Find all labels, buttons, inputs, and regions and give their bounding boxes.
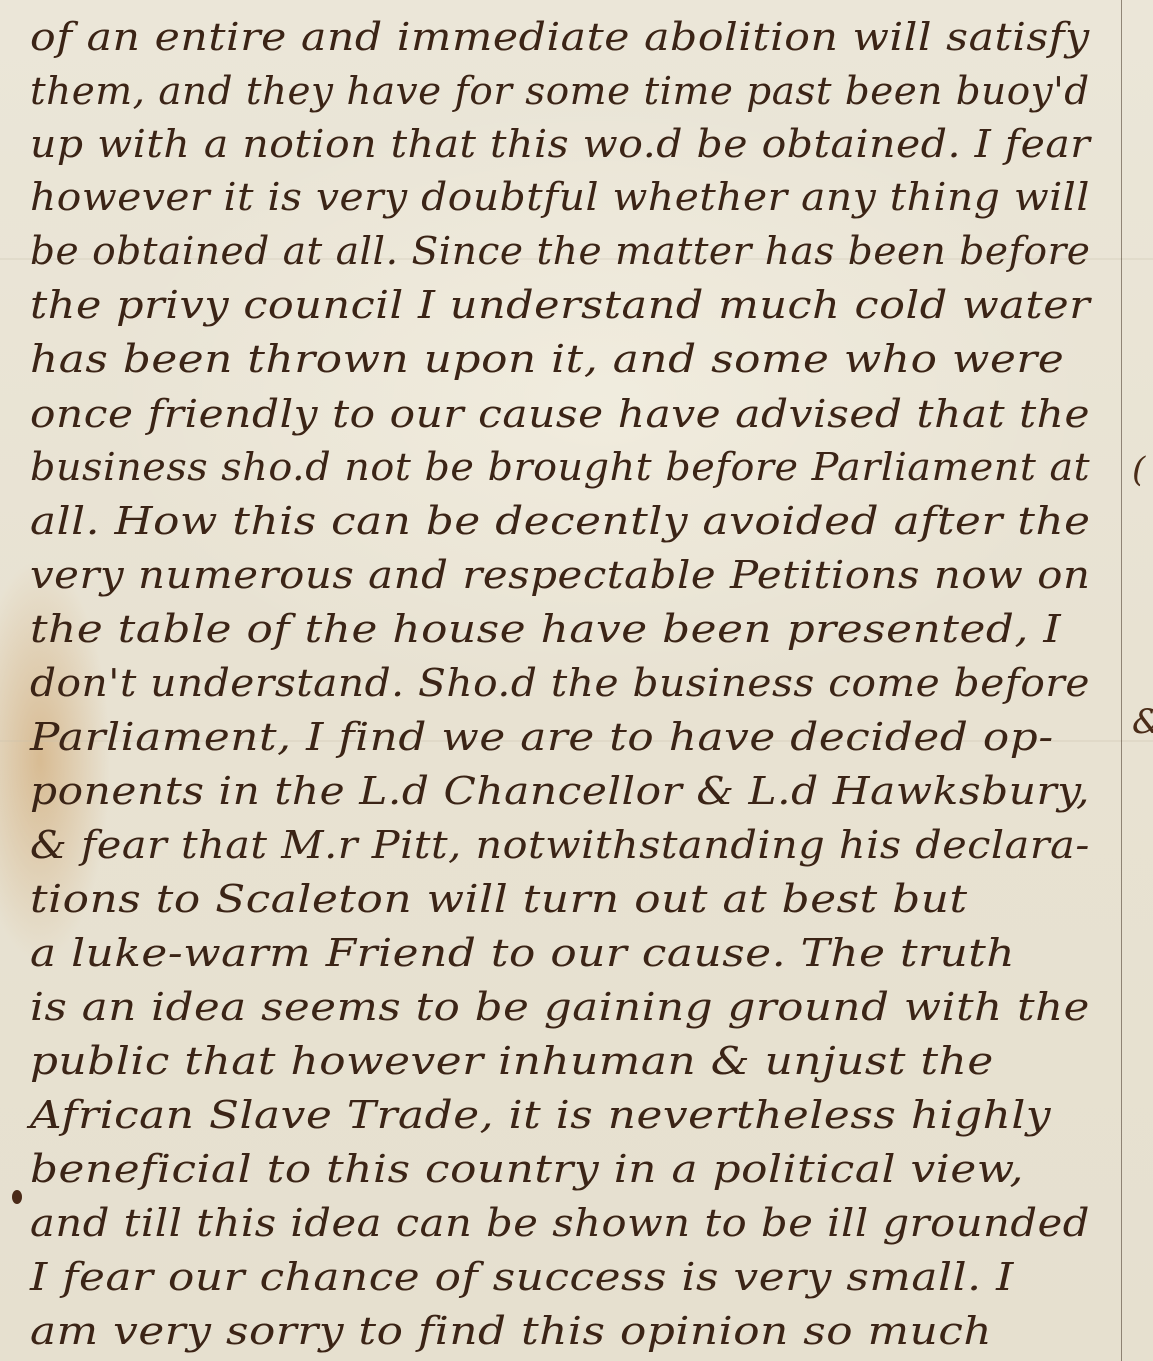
text-line: them, and they have for some time past b… [30,72,1090,110]
text-line: of an entire and immediate abolition wil… [30,18,1090,56]
text-line: however it is very doubtful whether any … [30,178,1090,216]
text-line: be obtained at all. Since the matter has… [30,232,1090,270]
text-line: is an idea seems to be gaining ground wi… [30,988,1090,1026]
text-line: and till this idea can be shown to be il… [30,1204,1090,1242]
letter-page: of an entire and immediate abolition wil… [0,0,1153,1361]
text-line: & fear that M.r Pitt, notwithstanding hi… [30,826,1090,864]
page-fold-line [1121,0,1122,1361]
text-line: I fear our chance of success is very sma… [30,1258,1014,1296]
text-line: all. How this can be decently avoided af… [30,502,1091,540]
text-line: public that however inhuman & unjust the [30,1042,994,1080]
text-line: up with a notion that this wo.d be obtai… [30,125,1090,163]
text-line: ponents in the L.d Chancellor & L.d Hawk… [30,772,1090,810]
text-line: am very sorry to find this opinion so mu… [30,1312,992,1350]
text-line: Parliament, I find we are to have decide… [30,718,1054,756]
text-line: tions to Scaleton will turn out at best … [30,880,968,918]
text-line: beneficial to this country in a politica… [30,1150,1024,1188]
text-line: don't understand. Sho.d the business com… [30,664,1090,702]
margin-mark: & [1132,702,1153,742]
text-line: a luke-warm Friend to our cause. The tru… [30,934,1015,972]
text-line: once friendly to our cause have advised … [30,395,1090,433]
text-line: has been thrown upon it, and some who we… [30,340,1064,378]
ink-blot [12,1190,22,1204]
text-line: business sho.d not be brought before Par… [30,448,1090,486]
text-line: the privy council I understand much cold… [30,286,1090,324]
margin-mark: ( [1132,450,1145,490]
text-line: very numerous and respectable Petitions … [30,556,1090,594]
text-line: African Slave Trade, it is nevertheless … [30,1096,1051,1134]
text-line: the table of the house have been present… [30,610,1061,648]
